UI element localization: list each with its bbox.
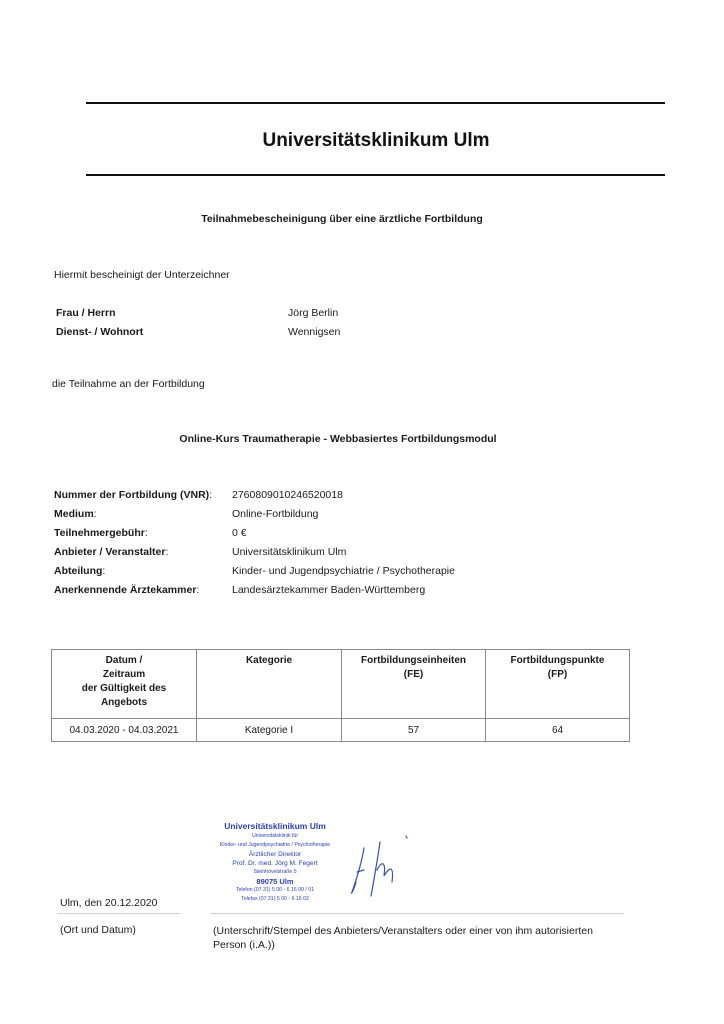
stamp-line: Ärztlicher Direktor xyxy=(205,850,345,859)
header-line: Fortbildungspunkte xyxy=(490,654,625,668)
detail-value: Landesärztekammer Baden-Württemberg xyxy=(232,584,425,596)
cell-date-range: 04.03.2020 - 04.03.2021 xyxy=(52,719,197,742)
header-line: Kategorie xyxy=(201,654,337,668)
detail-label: Anbieter / Veranstalter xyxy=(54,546,165,558)
intro-text: Hiermit bescheinigt der Unterzeichner xyxy=(54,269,230,281)
table-row: 04.03.2020 - 04.03.2021 Kategorie I 57 6… xyxy=(52,719,630,742)
handwritten-signature-icon xyxy=(340,830,420,905)
detail-value: Kinder- und Jugendpsychiatrie / Psychoth… xyxy=(232,565,455,577)
cell-fe: 57 xyxy=(342,719,486,742)
header-date: Datum / Zeitraum der Gültigkeit des Ange… xyxy=(52,650,197,719)
header-bottom-rule xyxy=(86,174,665,176)
detail-label: Abteilung xyxy=(54,565,102,577)
participation-text: die Teilnahme an der Fortbildung xyxy=(52,378,205,390)
organization-title: Universitätsklinikum Ulm xyxy=(0,130,724,152)
place-date-line xyxy=(57,913,180,914)
stamp-line: Universitätsklinik für xyxy=(205,832,345,841)
participant-name-value: Jörg Berlin xyxy=(288,307,338,319)
participant-location-label: Dienst- / Wohnort xyxy=(56,326,143,338)
header-fp: Fortbildungspunkte (FP) xyxy=(486,650,630,719)
stamp-line: Telefax (07 31) 5 00 - 6 16 02 xyxy=(205,895,345,904)
header-line: Angebots xyxy=(56,696,192,710)
detail-label: Medium xyxy=(54,508,94,520)
institution-stamp: Universitätsklinikum Ulm Universitätskli… xyxy=(205,820,345,904)
signature-line xyxy=(210,913,624,914)
stamp-line: Telefon (07 31) 5 00 - 6 16 00 / 01 xyxy=(205,886,345,895)
stamp-line: 89075 Ulm xyxy=(205,877,345,886)
detail-label: Teilnehmergebühr xyxy=(54,527,145,539)
detail-value: 2760809010246520018 xyxy=(232,489,343,501)
header-category: Kategorie xyxy=(197,650,342,719)
course-title: Online-Kurs Traumatherapie - Webbasierte… xyxy=(0,433,676,445)
stamp-line: Universitätsklinikum Ulm xyxy=(205,820,345,832)
detail-value: 0 € xyxy=(232,527,247,539)
header-line: Fortbildungseinheiten xyxy=(346,654,481,668)
signature-caption: (Unterschrift/Stempel des Anbieters/Vera… xyxy=(213,924,623,952)
detail-label: Anerkennende Ärztekammer xyxy=(54,584,196,596)
document-title: Teilnahmebescheinigung über eine ärztlic… xyxy=(0,213,684,225)
header-line: der Gültigkeit des xyxy=(56,682,192,696)
header-line: Zeitraum xyxy=(56,668,192,682)
place-date-caption: (Ort und Datum) xyxy=(60,924,136,936)
stamp-line: Kinder- und Jugendpsychiatrie / Psychoth… xyxy=(205,841,345,850)
credits-table: Datum / Zeitraum der Gültigkeit des Ange… xyxy=(51,649,630,742)
header-line: (FE) xyxy=(346,668,481,682)
stamp-line: Steinhövelstraße 5 xyxy=(205,868,345,877)
detail-label: Nummer der Fortbildung (VNR) xyxy=(54,489,209,501)
stamp-line: Prof. Dr. med. Jörg M. Fegert xyxy=(205,859,345,868)
table-header-row: Datum / Zeitraum der Gültigkeit des Ange… xyxy=(52,650,630,719)
header-line: (FP) xyxy=(490,668,625,682)
header-top-rule xyxy=(86,102,665,104)
detail-value: Universitätsklinikum Ulm xyxy=(232,546,346,558)
participant-location-value: Wennigsen xyxy=(288,326,340,338)
header-line: Datum / xyxy=(56,654,192,668)
cell-fp: 64 xyxy=(486,719,630,742)
detail-value: Online-Fortbildung xyxy=(232,508,318,520)
place-date: Ulm, den 20.12.2020 xyxy=(60,897,157,909)
cell-category: Kategorie I xyxy=(197,719,342,742)
header-fe: Fortbildungseinheiten (FE) xyxy=(342,650,486,719)
participant-name-label: Frau / Herrn xyxy=(56,307,116,319)
